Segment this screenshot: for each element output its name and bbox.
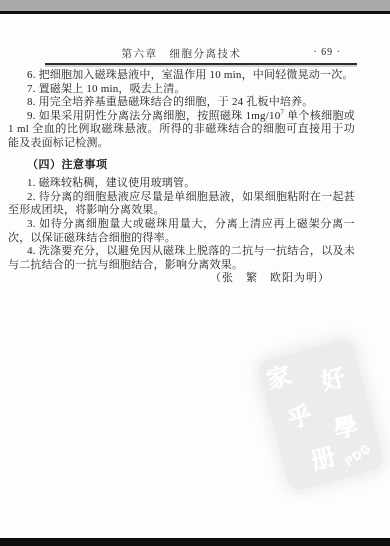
page-number: · 69 · <box>313 47 341 58</box>
running-header: 第六章 细胞分离技术 · 69 · <box>8 46 355 60</box>
watermark-seal-glyph: 好 <box>319 365 348 394</box>
body-text-column: 6. 把细胞加入磁珠悬液中，室温作用 10 min，中间轻微晃动一次。 7. 置… <box>8 69 355 286</box>
chapter-title: 第六章 细胞分离技术 <box>8 46 355 61</box>
note-item-2: 2. 待分离的细胞悬液应尽量是单细胞悬液，如果细胞粘附在一起甚至形成团块，将影响… <box>8 191 355 218</box>
watermark-seal-glyph: 家 <box>264 363 293 392</box>
scan-edge-top-line <box>0 11 390 14</box>
step-item-9: 9. 如果采用阴性分离法分离细胞，按照磁珠 1mg/107 单个核细胞或 1 m… <box>8 110 355 151</box>
step-item-6: 6. 把细胞加入磁珠悬液中，室温作用 10 min，中间轻微晃动一次。 <box>8 69 355 83</box>
step-item-8: 8. 用完全培养基重悬磁珠结合的细胞，于 24 孔板中培养。 <box>8 96 355 110</box>
section-heading-precautions: （四）注意事项 <box>8 159 355 173</box>
watermark-seal-glyph: 乎 <box>285 403 314 432</box>
note-item-1: 1. 磁珠较粘稠，建议使用玻璃管。 <box>8 177 355 191</box>
note-item-3: 3. 如待分离细胞量大或磁珠用量大，分离上清应再上磁架分离一次，以保证磁珠结合细… <box>8 218 355 245</box>
watermark-seal-glyph: 册 <box>309 444 338 473</box>
watermark-seal-glyph: 學 <box>332 413 361 442</box>
scan-edge-bottom-bar <box>0 538 390 546</box>
scan-edge-top-bar <box>0 0 390 11</box>
note-item-4: 4. 洗涤要充分，以避免因从磁珠上脱落的二抗与一抗结合，以及未与二抗结合的一抗与… <box>8 245 355 272</box>
author-signature: （张 繁 欧阳为明） <box>8 272 355 286</box>
pdg-watermark-stamp: 家 好 乎 學 册 PDG <box>256 338 385 493</box>
scanned-book-page: 第六章 细胞分离技术 · 69 · 6. 把细胞加入磁珠悬液中，室温作用 10 … <box>0 0 390 546</box>
header-rule <box>45 63 357 65</box>
step-item-9-text: 9. 如果采用阴性分离法分离细胞，按照磁珠 1mg/10 <box>27 110 280 122</box>
step-item-7: 7. 置磁架上 10 min，吸去上清。 <box>8 83 355 97</box>
watermark-pdg-label: PDG <box>342 441 374 469</box>
